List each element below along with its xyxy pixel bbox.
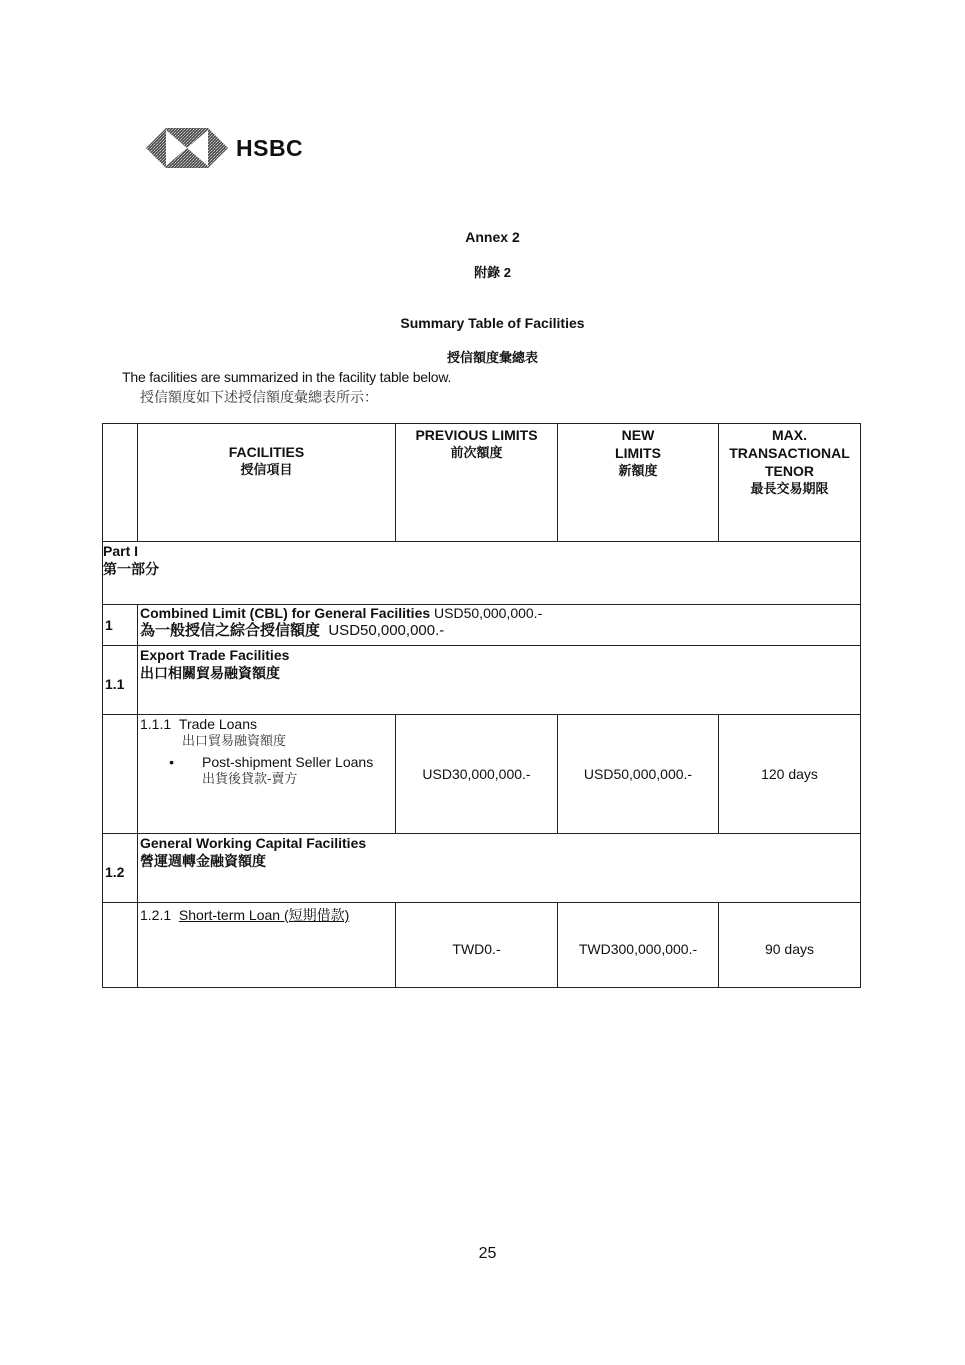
item-previous-limit: USD30,000,000.- (396, 715, 558, 834)
combined-limit-number: 1 (103, 605, 138, 646)
combined-limit-cell: Combined Limit (CBL) for General Facilit… (138, 605, 861, 646)
header-tenor-label-3: TENOR (719, 462, 860, 480)
header-number-cell (103, 424, 138, 542)
part-label-zh: 第一部分 (103, 560, 860, 578)
section-title: General Working Capital Facilities (140, 834, 860, 852)
combined-limit-label: Combined Limit (CBL) for General Facilit… (140, 605, 430, 621)
header-previous-limits-label: PREVIOUS LIMITS (415, 427, 537, 443)
hsbc-hexagon-icon (144, 124, 230, 172)
item-facility-cell: 1.1.1 Trade Loans 出口貿易融資額度 • Post-shipme… (138, 715, 396, 834)
section-number: 1.1 (103, 646, 138, 715)
intro-text: The facilities are summarized in the fac… (122, 369, 451, 385)
header-previous-limits: PREVIOUS LIMITS 前次額度 (396, 424, 558, 542)
section-cell: Export Trade Facilities 出口相關貿易融資額度 (138, 646, 861, 715)
item-title: Short-term Loan (短期借款) (179, 907, 349, 923)
item-title-zh: 出口貿易融資額度 (140, 733, 395, 751)
annex-title-zh: 附錄 2 (0, 262, 965, 281)
item-new-limit: TWD300,000,000.- (558, 903, 719, 988)
section-row: 1.1 Export Trade Facilities 出口相關貿易融資額度 (103, 646, 861, 715)
combined-limit-amount-zh: USD50,000,000.- (320, 622, 444, 639)
item-number-cell (103, 715, 138, 834)
part-cell: Part I 第一部分 (103, 542, 861, 605)
table-row: 1.1.1 Trade Loans 出口貿易融資額度 • Post-shipme… (103, 715, 861, 834)
section-title-zh: 出口相關貿易融資額度 (140, 664, 860, 682)
item-number: 1.2.1 (140, 907, 171, 923)
item-previous-limit: TWD0.- (396, 903, 558, 988)
section-cell: General Working Capital Facilities 營運週轉金… (138, 834, 861, 903)
item-title: Trade Loans (179, 716, 257, 732)
item-subtitle: Post-shipment Seller Loans (202, 753, 395, 771)
table-row: 1.2.1 Short-term Loan (短期借款) TWD0.- TWD3… (103, 903, 861, 988)
table-header-row: FACILITIES 授信項目 PREVIOUS LIMITS 前次額度 NEW… (103, 424, 861, 542)
item-number: 1.1.1 (140, 716, 171, 732)
header-tenor-label-zh: 最長交易期限 (719, 480, 860, 498)
header-facilities: FACILITIES 授信項目 (138, 424, 396, 542)
item-tenor: 120 days (719, 715, 861, 834)
hsbc-logo-text: HSBC (236, 135, 303, 162)
item-subtitle-zh: 出貨後貸款-賣方 (202, 771, 395, 789)
facilities-table: FACILITIES 授信項目 PREVIOUS LIMITS 前次額度 NEW… (102, 423, 861, 988)
hsbc-logo: HSBC (144, 124, 303, 172)
header-new-limits-label-zh: 新額度 (558, 462, 718, 480)
header-facilities-label-zh: 授信項目 (138, 461, 395, 479)
part-label: Part I (103, 542, 860, 560)
combined-limit-label-zh: 為一般授信之綜合授信額度 (140, 622, 320, 639)
header-new-limits: NEW LIMITS 新額度 (558, 424, 719, 542)
page-number: 25 (0, 1245, 965, 1263)
header-max-tenor: MAX. TRANSACTIONAL TENOR 最長交易期限 (719, 424, 861, 542)
section-title-zh: 營運週轉金融資額度 (140, 852, 860, 870)
summary-title-zh: 授信額度彙總表 (0, 347, 965, 366)
header-new-limits-label-1: NEW (558, 426, 718, 444)
annex-title: Annex 2 (0, 229, 965, 245)
header-tenor-label-1: MAX. (719, 426, 860, 444)
header-new-limits-label-2: LIMITS (558, 444, 718, 462)
combined-limit-row: 1 Combined Limit (CBL) for General Facil… (103, 605, 861, 646)
combined-limit-amount: USD50,000,000.- (430, 605, 542, 621)
header-tenor-label-2: TRANSACTIONAL (719, 444, 860, 462)
item-new-limit: USD50,000,000.- (558, 715, 719, 834)
bullet-icon: • (140, 753, 202, 789)
section-row: 1.2 General Working Capital Facilities 營… (103, 834, 861, 903)
item-tenor: 90 days (719, 903, 861, 988)
section-title: Export Trade Facilities (140, 646, 860, 664)
summary-title: Summary Table of Facilities (0, 315, 965, 331)
header-facilities-label: FACILITIES (229, 444, 304, 460)
item-number-cell (103, 903, 138, 988)
part-row: Part I 第一部分 (103, 542, 861, 605)
intro-text-zh: 授信額度如下述授信額度彙總表所示： (140, 387, 378, 407)
item-facility-cell: 1.2.1 Short-term Loan (短期借款) (138, 903, 396, 988)
section-number: 1.2 (103, 834, 138, 903)
header-previous-limits-label-zh: 前次額度 (396, 444, 557, 462)
